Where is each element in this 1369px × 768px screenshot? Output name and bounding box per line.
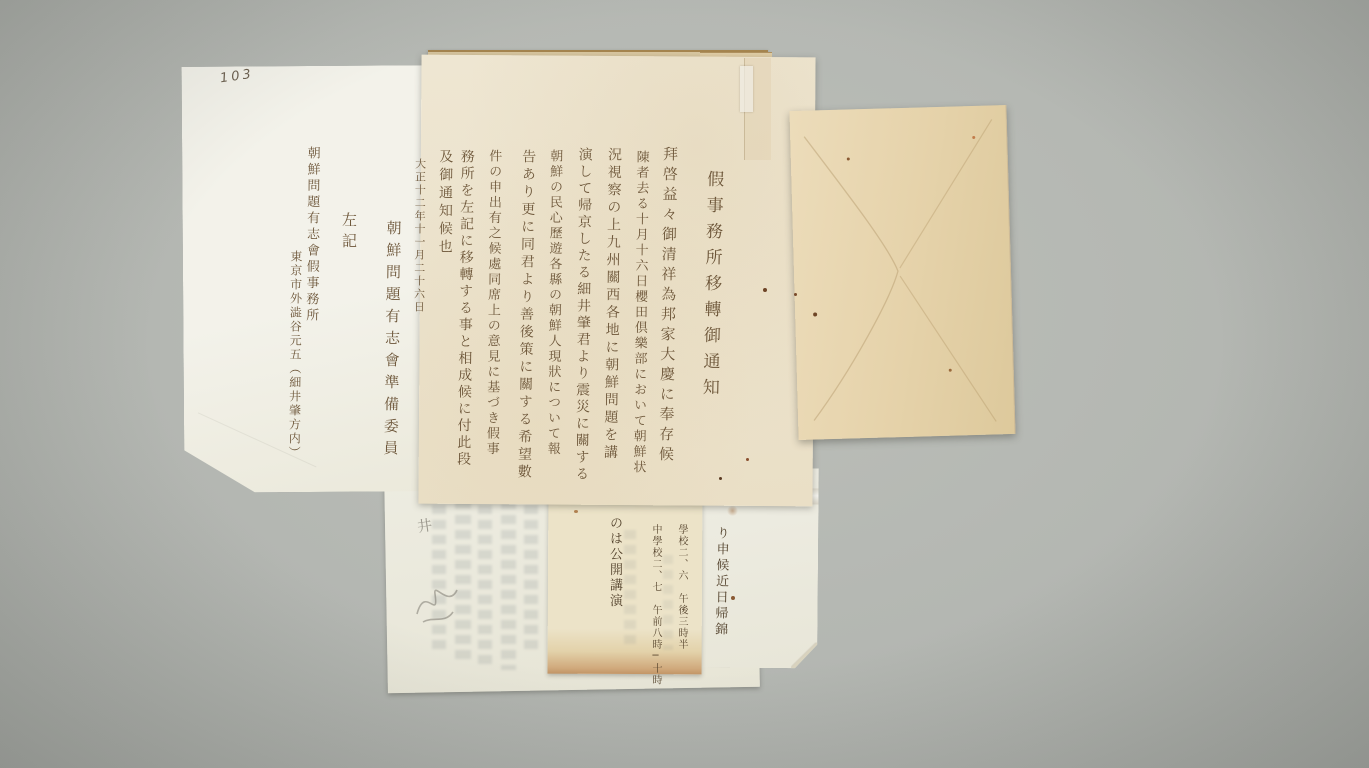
- show-through-column: [663, 555, 673, 650]
- foxing-spot: [949, 369, 952, 372]
- schedule-column: 中學校二、七 午前八時─十時: [650, 524, 660, 686]
- archive-photo: 103 假事務所移轉御通知 拜啓益々御清祥為邦家大慶に奉存候 陳者去る十月十六日…: [0, 0, 1369, 768]
- schedule-column: 學校二、六 午後三時半: [676, 524, 686, 651]
- foxing-spot: [813, 312, 817, 316]
- show-through-column: [501, 500, 516, 670]
- show-through-column: [478, 505, 492, 665]
- stain: [726, 506, 738, 516]
- foxing-spot: [574, 510, 578, 513]
- letter-column: 況視察の上九州關西各地に朝鮮問題を講: [603, 147, 621, 462]
- letter-title: 假事務所移轉御通知: [700, 170, 722, 404]
- envelope-flap-creases: [789, 105, 1014, 440]
- pencil-scribble: [405, 572, 467, 634]
- foxing-spot: [794, 293, 797, 296]
- envelope: [789, 105, 1015, 440]
- foxing-spot: [731, 596, 735, 600]
- letter-column: 陳者去る十月十六日櫻田倶樂部において朝鮮状: [631, 150, 647, 476]
- show-through-column: [624, 530, 636, 650]
- office-address: 東京市外澁谷元五（細井肇方内）: [288, 250, 302, 460]
- letter-column: 務所を左記に移轉する事と相成候に付此段: [456, 149, 474, 468]
- office-name: 朝鮮問題有志會假事務所: [304, 146, 319, 324]
- letter-column: 件の申出有之候處同席上の意見に基づき假事: [485, 149, 501, 457]
- foxing-spot: [972, 136, 975, 139]
- foxing-spot: [847, 157, 850, 160]
- letter-column: 及御通知候也: [438, 149, 453, 257]
- letter-sender: 朝鮮問題有志會準備委員: [382, 220, 400, 462]
- fragment-column: り申候近日帰錦: [713, 526, 728, 638]
- heading-saki: 左記: [341, 212, 356, 254]
- letter-column: 朝鮮の民心歷遊各縣の朝鮮人現狀について報: [546, 149, 562, 457]
- show-through-column: [524, 505, 538, 655]
- letter-column: 拜啓益々御清祥為邦家大慶に奉存候: [658, 146, 677, 466]
- foxing-spot: [719, 477, 722, 480]
- letter-column: 演して帰京したる細井肇君より震災に關する: [574, 147, 592, 483]
- foxing-spot: [746, 458, 749, 461]
- pencil-mark: 井: [415, 517, 432, 534]
- dog-ear-fold: [791, 642, 817, 668]
- letter-date: 大正十二年十一月二十六日: [413, 158, 425, 314]
- foxing-spot: [763, 288, 767, 292]
- schedule-column: のは公開講演: [608, 516, 621, 609]
- tape-strip: [740, 66, 753, 112]
